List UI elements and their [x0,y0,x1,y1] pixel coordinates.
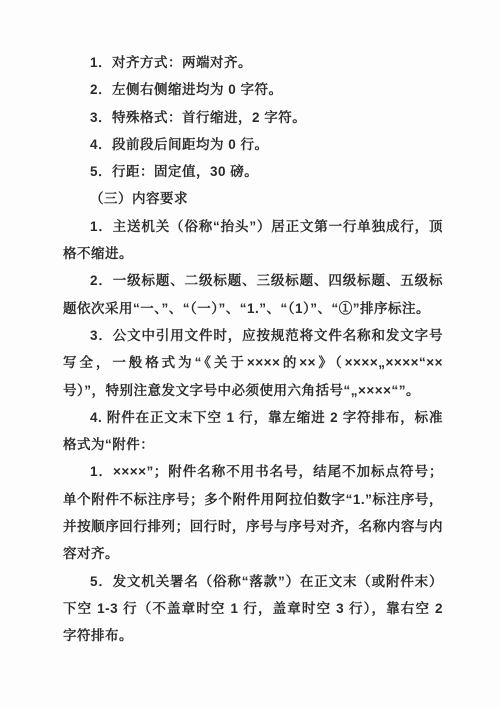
paragraph: 4. 附件在正文末下空 1 行，靠左缩进 2 字符排布，标准格式为“附件： [63,404,443,459]
paragraph: 2．左侧右侧缩进均为 0 字符。 [63,76,443,103]
document-body: 1．对齐方式：两端对齐。2．左侧右侧缩进均为 0 字符。3．特殊格式：首行缩进，… [63,49,443,650]
paragraph: 3．公文中引用文件时，应按规范将文件名称和发文字号写全，一般格式为“《关于×××… [63,322,443,404]
paragraph: 4．段前段后间距均为 0 行。 [63,131,443,158]
paragraph: 3．特殊格式：首行缩进，2 字符。 [63,104,443,131]
paragraph: 1．对齐方式：两端对齐。 [63,49,443,76]
document-page: 1．对齐方式：两端对齐。2．左侧右侧缩进均为 0 字符。3．特殊格式：首行缩进，… [0,0,500,707]
paragraph: （三）内容要求 [63,185,443,212]
paragraph: 1．主送机关（俗称“抬头”）居正文第一行单独成行，顶格不缩进。 [63,213,443,268]
paragraph: 1．××××”；附件名称不用书名号，结尾不加标点符号；单个附件不标注序号；多个附… [63,458,443,567]
paragraph: 2．一级标题、二级标题、三级标题、四级标题、五级标题依次采用“一、”、“（一）”… [63,267,443,322]
paragraph: 5．发文机关署名（俗称“落款”）在正文末（或附件末）下空 1-3 行（不盖章时空… [63,568,443,650]
paragraph: 5．行距：固定值，30 磅。 [63,158,443,185]
